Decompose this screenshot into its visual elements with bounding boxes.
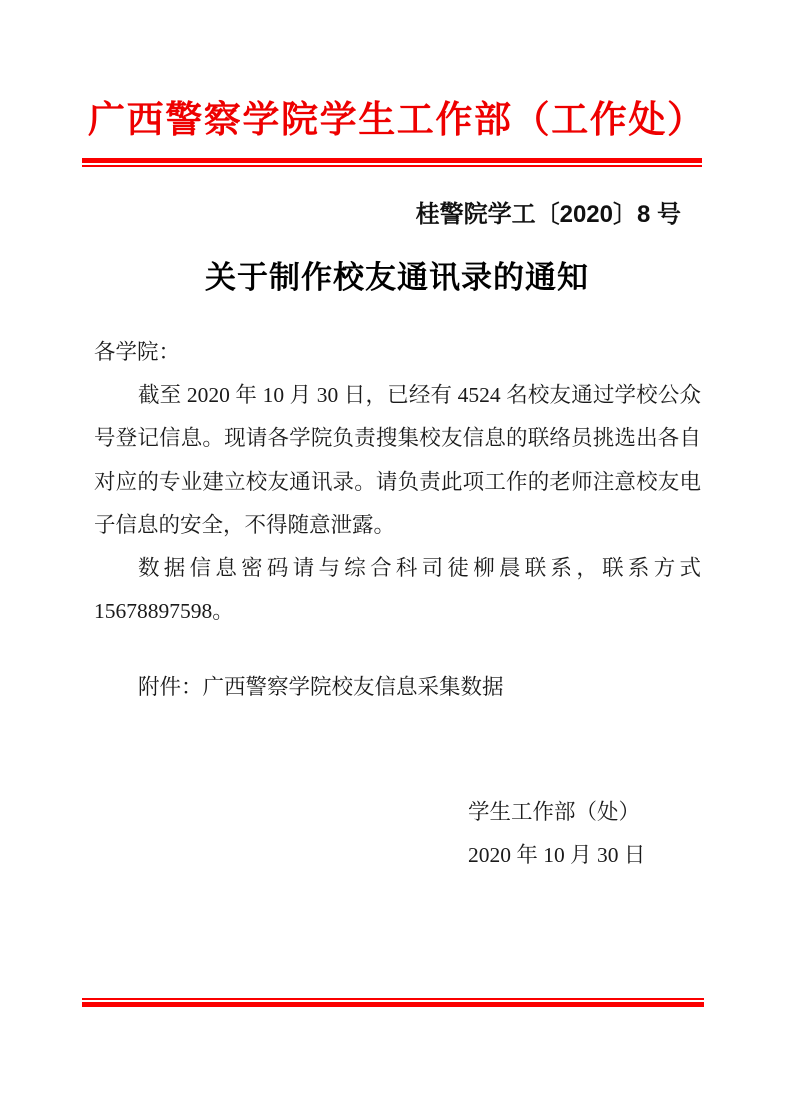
document-title: 关于制作校友通讯录的通知 [0, 257, 794, 299]
document-body: 各学院： 截至 2020 年 10 月 30 日，已经有 4524 名校友通过学… [94, 331, 701, 710]
letterhead-divider-rule [82, 158, 702, 167]
letterhead-org-title: 广西警察学院学生工作部（工作处） [88, 93, 704, 149]
document-number: 桂警院学工〔2020〕8 号 [416, 201, 681, 229]
official-document-page: 广西警察学院学生工作部（工作处） 桂警院学工〔2020〕8 号 关于制作校友通讯… [0, 0, 794, 1108]
attachment-line: 附件：广西警察学院校友信息采集数据 [94, 666, 701, 709]
salutation-line: 各学院： [94, 331, 701, 374]
signoff-date: 2020 年 10 月 30 日 [468, 834, 645, 877]
paragraph1-line-2: 号登记信息。现请各学院负责搜集校友信息的联络员挑选出各自 [94, 417, 701, 460]
signoff-block: 学生工作部（处） 2020 年 10 月 30 日 [468, 791, 645, 877]
blank-line [94, 633, 701, 666]
paragraph2-line-1: 数据信息密码请与综合科司徒柳晨联系，联系方式 [94, 547, 701, 590]
signoff-department: 学生工作部（处） [468, 791, 645, 834]
paragraph1-line-3: 对应的专业建立校友通讯录。请负责此项工作的老师注意校友电 [94, 461, 701, 504]
paragraph2-line-2: 15678897598。 [94, 590, 701, 633]
paragraph1-line-4: 子信息的安全，不得随意泄露。 [94, 504, 701, 547]
paragraph1-line-1: 截至 2020 年 10 月 30 日，已经有 4524 名校友通过学校公众 [94, 374, 701, 417]
footer-divider-rule [82, 998, 704, 1007]
